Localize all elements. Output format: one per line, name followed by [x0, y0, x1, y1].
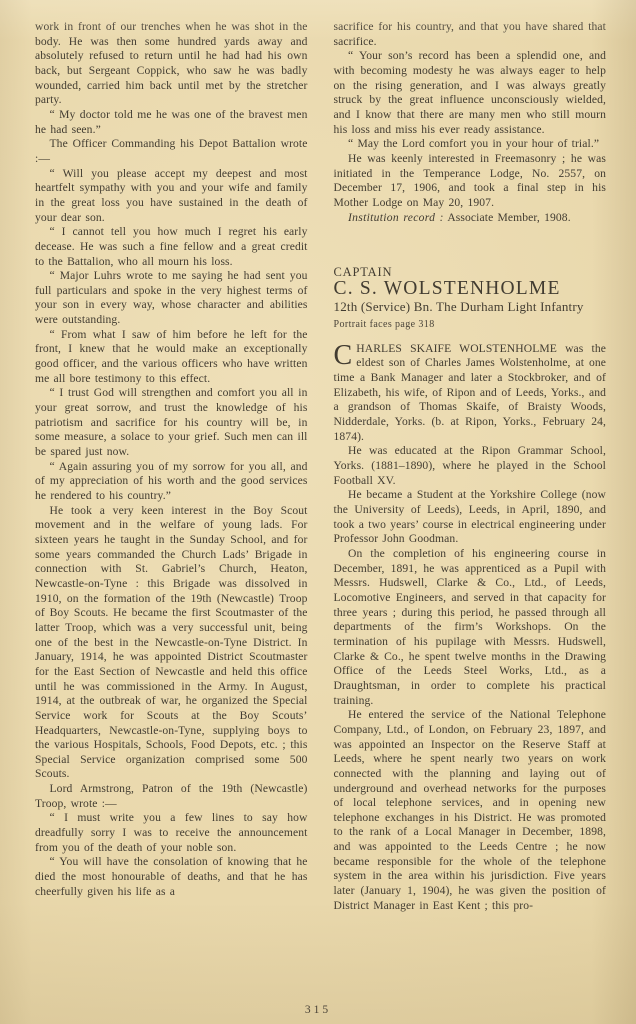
portrait-note: Portrait faces page 318 — [334, 318, 607, 333]
biography-first-paragraph: CHARLES SKAIFE WOLSTENHOLME was the elde… — [334, 342, 607, 445]
entry-heading: CAPTAIN C. S. WOLSTENHOLME 12th (Service… — [334, 265, 607, 333]
page-number: 315 — [0, 1004, 636, 1016]
paragraph: “ Again assuring you of my sorrow for yo… — [35, 460, 308, 504]
book-page: work in front of our trenches when he wa… — [0, 0, 636, 1024]
paragraph: Institution record : Associate Member, 1… — [334, 211, 607, 226]
paragraph: “ Major Luhrs wrote to me saying he had … — [35, 269, 308, 328]
right-column-top: sacrifice for his country, and that you … — [334, 20, 607, 225]
paragraph: He entered the service of the National T… — [334, 708, 607, 913]
paragraph: “ I trust God will strengthen and comfor… — [35, 386, 308, 459]
left-column: work in front of our trenches when he wa… — [35, 20, 308, 913]
paragraph: On the completion of his engineering cou… — [334, 547, 607, 708]
paragraph: He took a very keen interest in the Boy … — [35, 504, 308, 782]
paragraph: He was educated at the Ripon Grammar Sch… — [334, 444, 607, 488]
paragraph: He was keenly interested in Freemasonry … — [334, 152, 607, 211]
paragraph: “ I must write you a few lines to say ho… — [35, 811, 308, 855]
paragraph: “ I cannot tell you how much I regret hi… — [35, 225, 308, 269]
paragraph: sacrifice for his country, and that you … — [334, 20, 607, 49]
paragraph: work in front of our trenches when he wa… — [35, 20, 308, 108]
paragraph: “ Your son’s record has been a splendid … — [334, 49, 607, 137]
paragraph: Lord Armstrong, Patron of the 19th (Newc… — [35, 782, 308, 811]
paragraph: He became a Student at the Yorkshire Col… — [334, 488, 607, 547]
paragraph: “ Will you please accept my deepest and … — [35, 167, 308, 226]
biography-first-text: HARLES SKAIFE WOLSTENHOLME was the eldes… — [334, 342, 607, 443]
dropcap-letter: C — [334, 342, 357, 368]
paragraph: “ May the Lord comfort you in your hour … — [334, 137, 607, 152]
text-columns: work in front of our trenches when he wa… — [0, 0, 636, 913]
paragraph: “ From what I saw of him before he left … — [35, 328, 308, 387]
unit-line: 12th (Service) Bn. The Durham Light Infa… — [334, 300, 607, 315]
biography-paragraphs: He was educated at the Ripon Grammar Sch… — [334, 444, 607, 913]
paragraph: The Officer Commanding his Depot Battali… — [35, 137, 308, 166]
officer-name: C. S. WOLSTENHOLME — [334, 282, 607, 297]
paragraph: “ You will have the consolation of knowi… — [35, 855, 308, 899]
italic-lead: Institution record : — [348, 211, 444, 224]
right-column: sacrifice for his country, and that you … — [334, 20, 607, 913]
paragraph: “ My doctor told me he was one of the br… — [35, 108, 308, 137]
